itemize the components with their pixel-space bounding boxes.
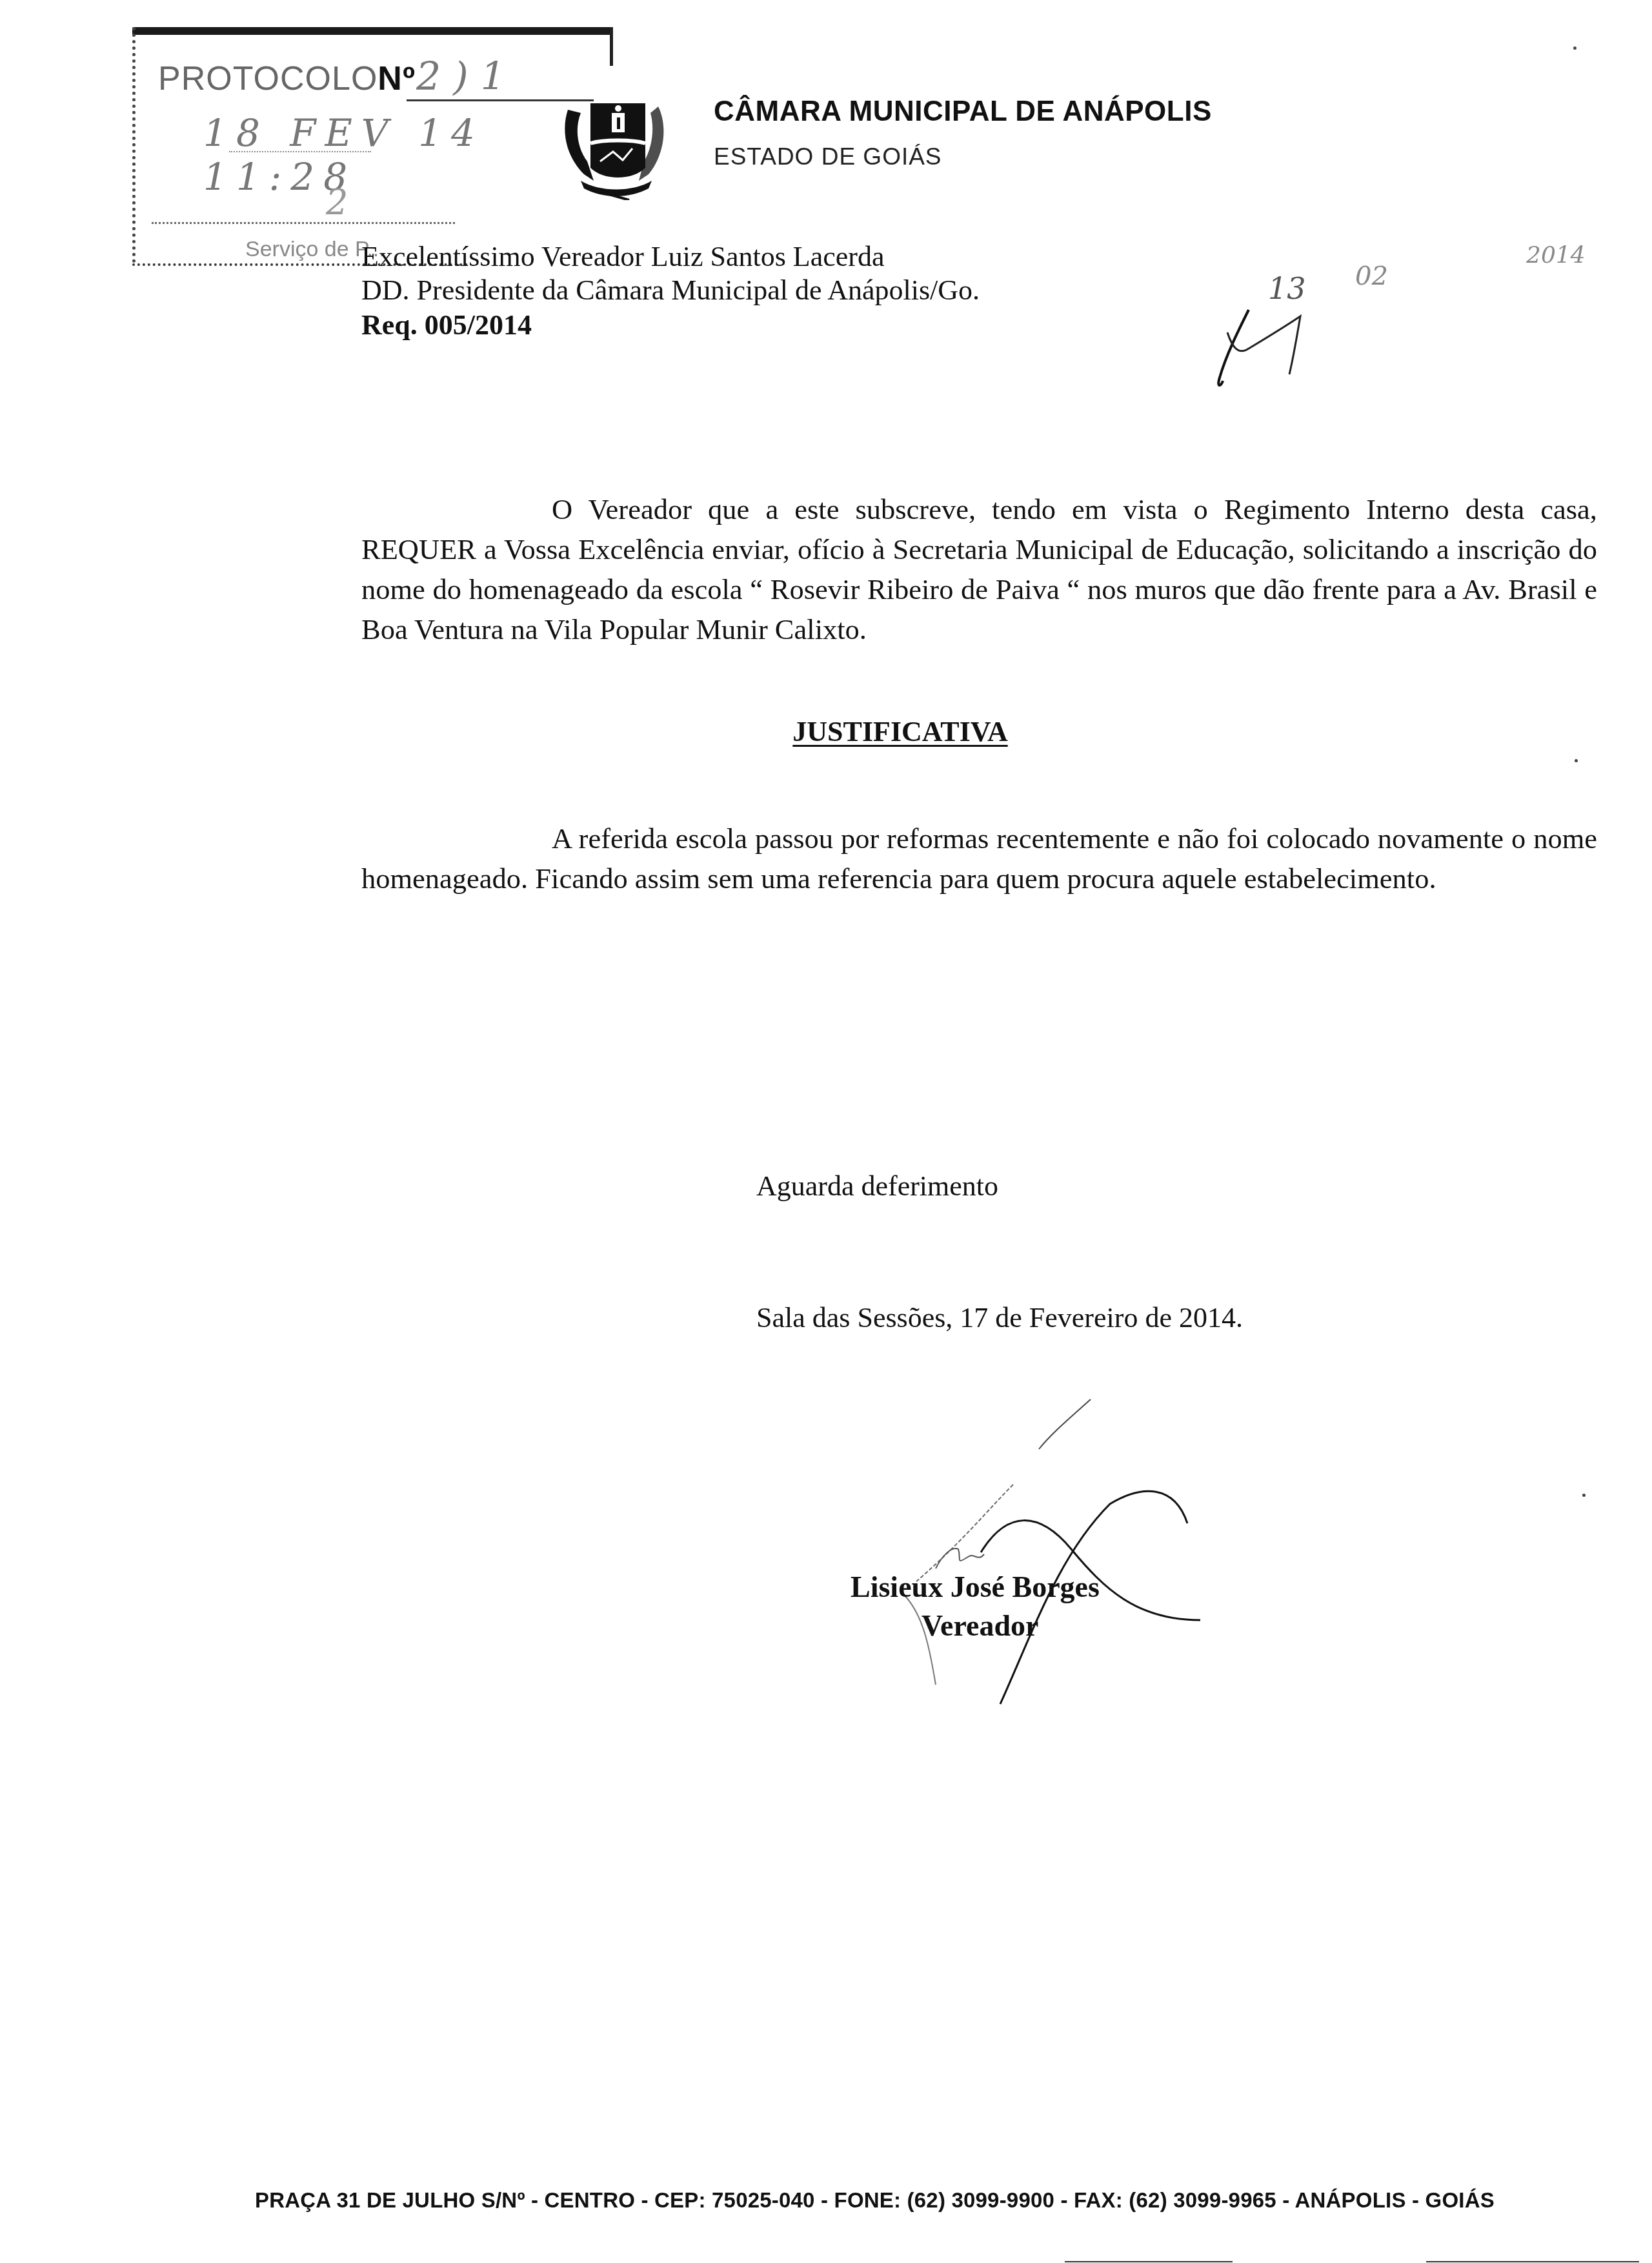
handwritten-day: 13 — [1268, 271, 1306, 306]
stamp-border-top — [132, 27, 613, 35]
request-text: O Vereador que a este subscreve, tendo e… — [361, 493, 1597, 645]
handwritten-month: 02 — [1355, 261, 1388, 291]
signature-icon — [839, 1388, 1355, 1749]
addressee-title: DD. Presidente da Câmara Municipal de An… — [361, 274, 980, 307]
signer-name: Lisieux José Borges — [851, 1570, 1100, 1604]
protocol-stamp: PROTOCOLONº 2 ) 1 18 FEV 14 11:28 2 Serv… — [132, 27, 613, 266]
justification-paragraph: A referida escola passou por reformas re… — [361, 818, 1597, 898]
stamp-label-text: PROTOCOLO — [158, 60, 378, 97]
closing-request: Aguarda deferimento — [756, 1170, 998, 1203]
stamp-initials: 2 — [326, 182, 348, 223]
signer-role: Vereador — [922, 1608, 1038, 1643]
receipt-initials-icon — [1162, 303, 1355, 400]
stamp-border-left — [132, 27, 136, 263]
stamp-divider — [152, 222, 455, 224]
stamp-border-right — [610, 27, 613, 66]
stamp-date-line — [229, 151, 371, 152]
stamp-date-time: 18 FEV 14 11:28 — [203, 111, 613, 199]
scan-speck — [1573, 46, 1576, 50]
scan-speck — [1575, 759, 1578, 762]
request-reference: Req. 005/2014 — [361, 309, 532, 342]
request-paragraph: O Vereador que a este subscreve, tendo e… — [361, 489, 1597, 649]
coat-of-arms-icon — [561, 84, 671, 200]
footer-address: PRAÇA 31 DE JULHO S/Nº - CENTRO - CEP: 7… — [255, 2188, 1495, 2213]
scan-speck — [1582, 1494, 1586, 1497]
stamp-label-no: Nº — [378, 60, 416, 97]
justification-heading: JUSTIFICATIVA — [0, 715, 1652, 748]
handwritten-year: 2014 — [1526, 242, 1586, 269]
justification-title: JUSTIFICATIVA — [644, 716, 1007, 747]
footer-rule-left — [1065, 2261, 1233, 2262]
place-date: Sala das Sessões, 17 de Fevereiro de 201… — [756, 1301, 1243, 1334]
stamp-number: 2 ) 1 — [416, 54, 505, 99]
footer-rule-right — [1426, 2261, 1639, 2262]
justification-text: A referida escola passou por reformas re… — [361, 822, 1597, 895]
institution-subtitle: ESTADO DE GOIÁS — [714, 143, 942, 170]
addressee-name: Excelentíssimo Vereador Luiz Santos Lace… — [361, 240, 884, 274]
institution-title: CÂMARA MUNICIPAL DE ANÁPOLIS — [714, 96, 1212, 128]
stamp-label: PROTOCOLONº — [158, 59, 416, 98]
